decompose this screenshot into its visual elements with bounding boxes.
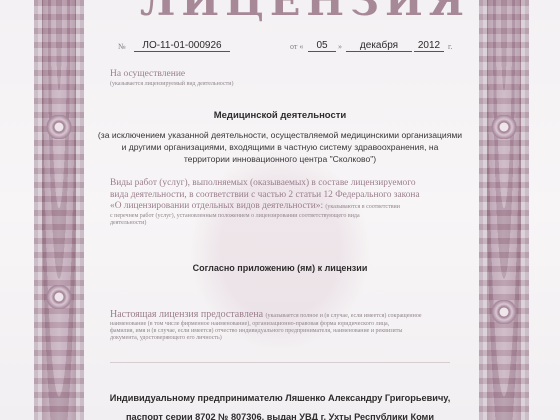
licensee-passport: паспорт серии 8702 № 807306, выдан УВД г… bbox=[80, 412, 480, 420]
rosette-ornament-icon bbox=[44, 115, 74, 139]
license-document: ЛИЦЕНЗИЯ № ЛО-11-01-000926 от « 05 » дек… bbox=[0, 0, 560, 420]
licensee-name: Индивидуальному предпринимателю Ляшенко … bbox=[80, 393, 480, 403]
works-law: «О лицензировании отдельных видов деятел… bbox=[110, 201, 323, 211]
granted-section: Настоящая лицензия предоставлена (указыв… bbox=[110, 309, 472, 342]
rosette-ornament-icon bbox=[44, 285, 74, 309]
works-line: вида деятельности, в соответствии с част… bbox=[110, 190, 472, 202]
date-from-label: от « bbox=[290, 42, 303, 51]
rosette-ornament-icon bbox=[489, 115, 519, 139]
activity-hint: (указывается лицензируемый вид деятельно… bbox=[110, 81, 233, 88]
right-decorative-border bbox=[479, 0, 529, 420]
date-month: декабря bbox=[346, 40, 412, 52]
date-close-quote: » bbox=[338, 42, 342, 51]
date-year-suffix: г. bbox=[448, 42, 452, 51]
exclusion-line: и другими организациями, входящими в час… bbox=[80, 141, 480, 153]
date-day: 05 bbox=[308, 40, 336, 52]
works-hint-inline: (указываются в соответствии bbox=[325, 204, 400, 210]
exclusion-line: (за исключением указанной деятельности, … bbox=[80, 129, 480, 141]
date-year: 2012 bbox=[414, 40, 444, 52]
works-section: Виды работ (услуг), выполняемых (оказыва… bbox=[110, 178, 472, 227]
granted-hint-inline: (указывается полное и (в случае, если им… bbox=[266, 313, 422, 319]
license-number-row: № ЛО-11-01-000926 от « 05 » декабря 2012… bbox=[118, 40, 448, 56]
exclusion-text: (за исключением указанной деятельности, … bbox=[80, 129, 480, 165]
left-decorative-border bbox=[34, 0, 84, 420]
exclusion-line: территории инновационного центра "Сколко… bbox=[80, 153, 480, 165]
document-title: ЛИЦЕНЗИЯ bbox=[140, 0, 420, 25]
activity-value: Медицинской деятельности bbox=[100, 110, 460, 121]
faint-bleedthrough-line bbox=[110, 362, 450, 363]
license-number: ЛО-11-01-000926 bbox=[134, 40, 230, 52]
granted-label: Настоящая лицензия предоставлена bbox=[110, 309, 263, 320]
rosette-ornament-icon bbox=[489, 300, 519, 324]
works-hint: с перечнем работ (услуг), установленным … bbox=[110, 213, 472, 220]
number-label: № bbox=[118, 42, 126, 51]
activity-label: На осуществление bbox=[110, 69, 185, 79]
granted-hint: документа, удостоверяющего его личность) bbox=[110, 335, 472, 342]
works-law-line: «О лицензировании отдельных видов деятел… bbox=[110, 201, 472, 213]
granted-hint: фамилия, имя и (в случае, если имеется) … bbox=[110, 328, 472, 335]
granted-hint: наименование (в том числе фирменное наим… bbox=[110, 321, 472, 328]
works-hint: деятельности) bbox=[110, 220, 472, 227]
works-line: Виды работ (услуг), выполняемых (оказыва… bbox=[110, 178, 472, 190]
appendix-reference: Согласно приложению (ям) к лицензии bbox=[100, 263, 460, 273]
